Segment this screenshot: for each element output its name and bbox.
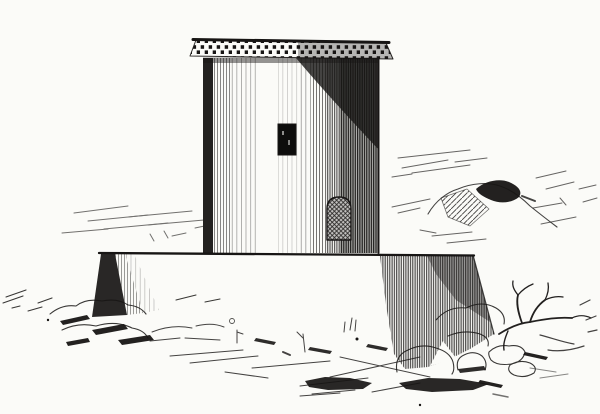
engraving-canvas [0, 0, 600, 414]
tower [190, 40, 393, 255]
arched-window [327, 197, 351, 240]
tower-engraving-illustration [0, 0, 600, 414]
tower-cornice [190, 40, 393, 60]
niche-opening [278, 124, 296, 155]
